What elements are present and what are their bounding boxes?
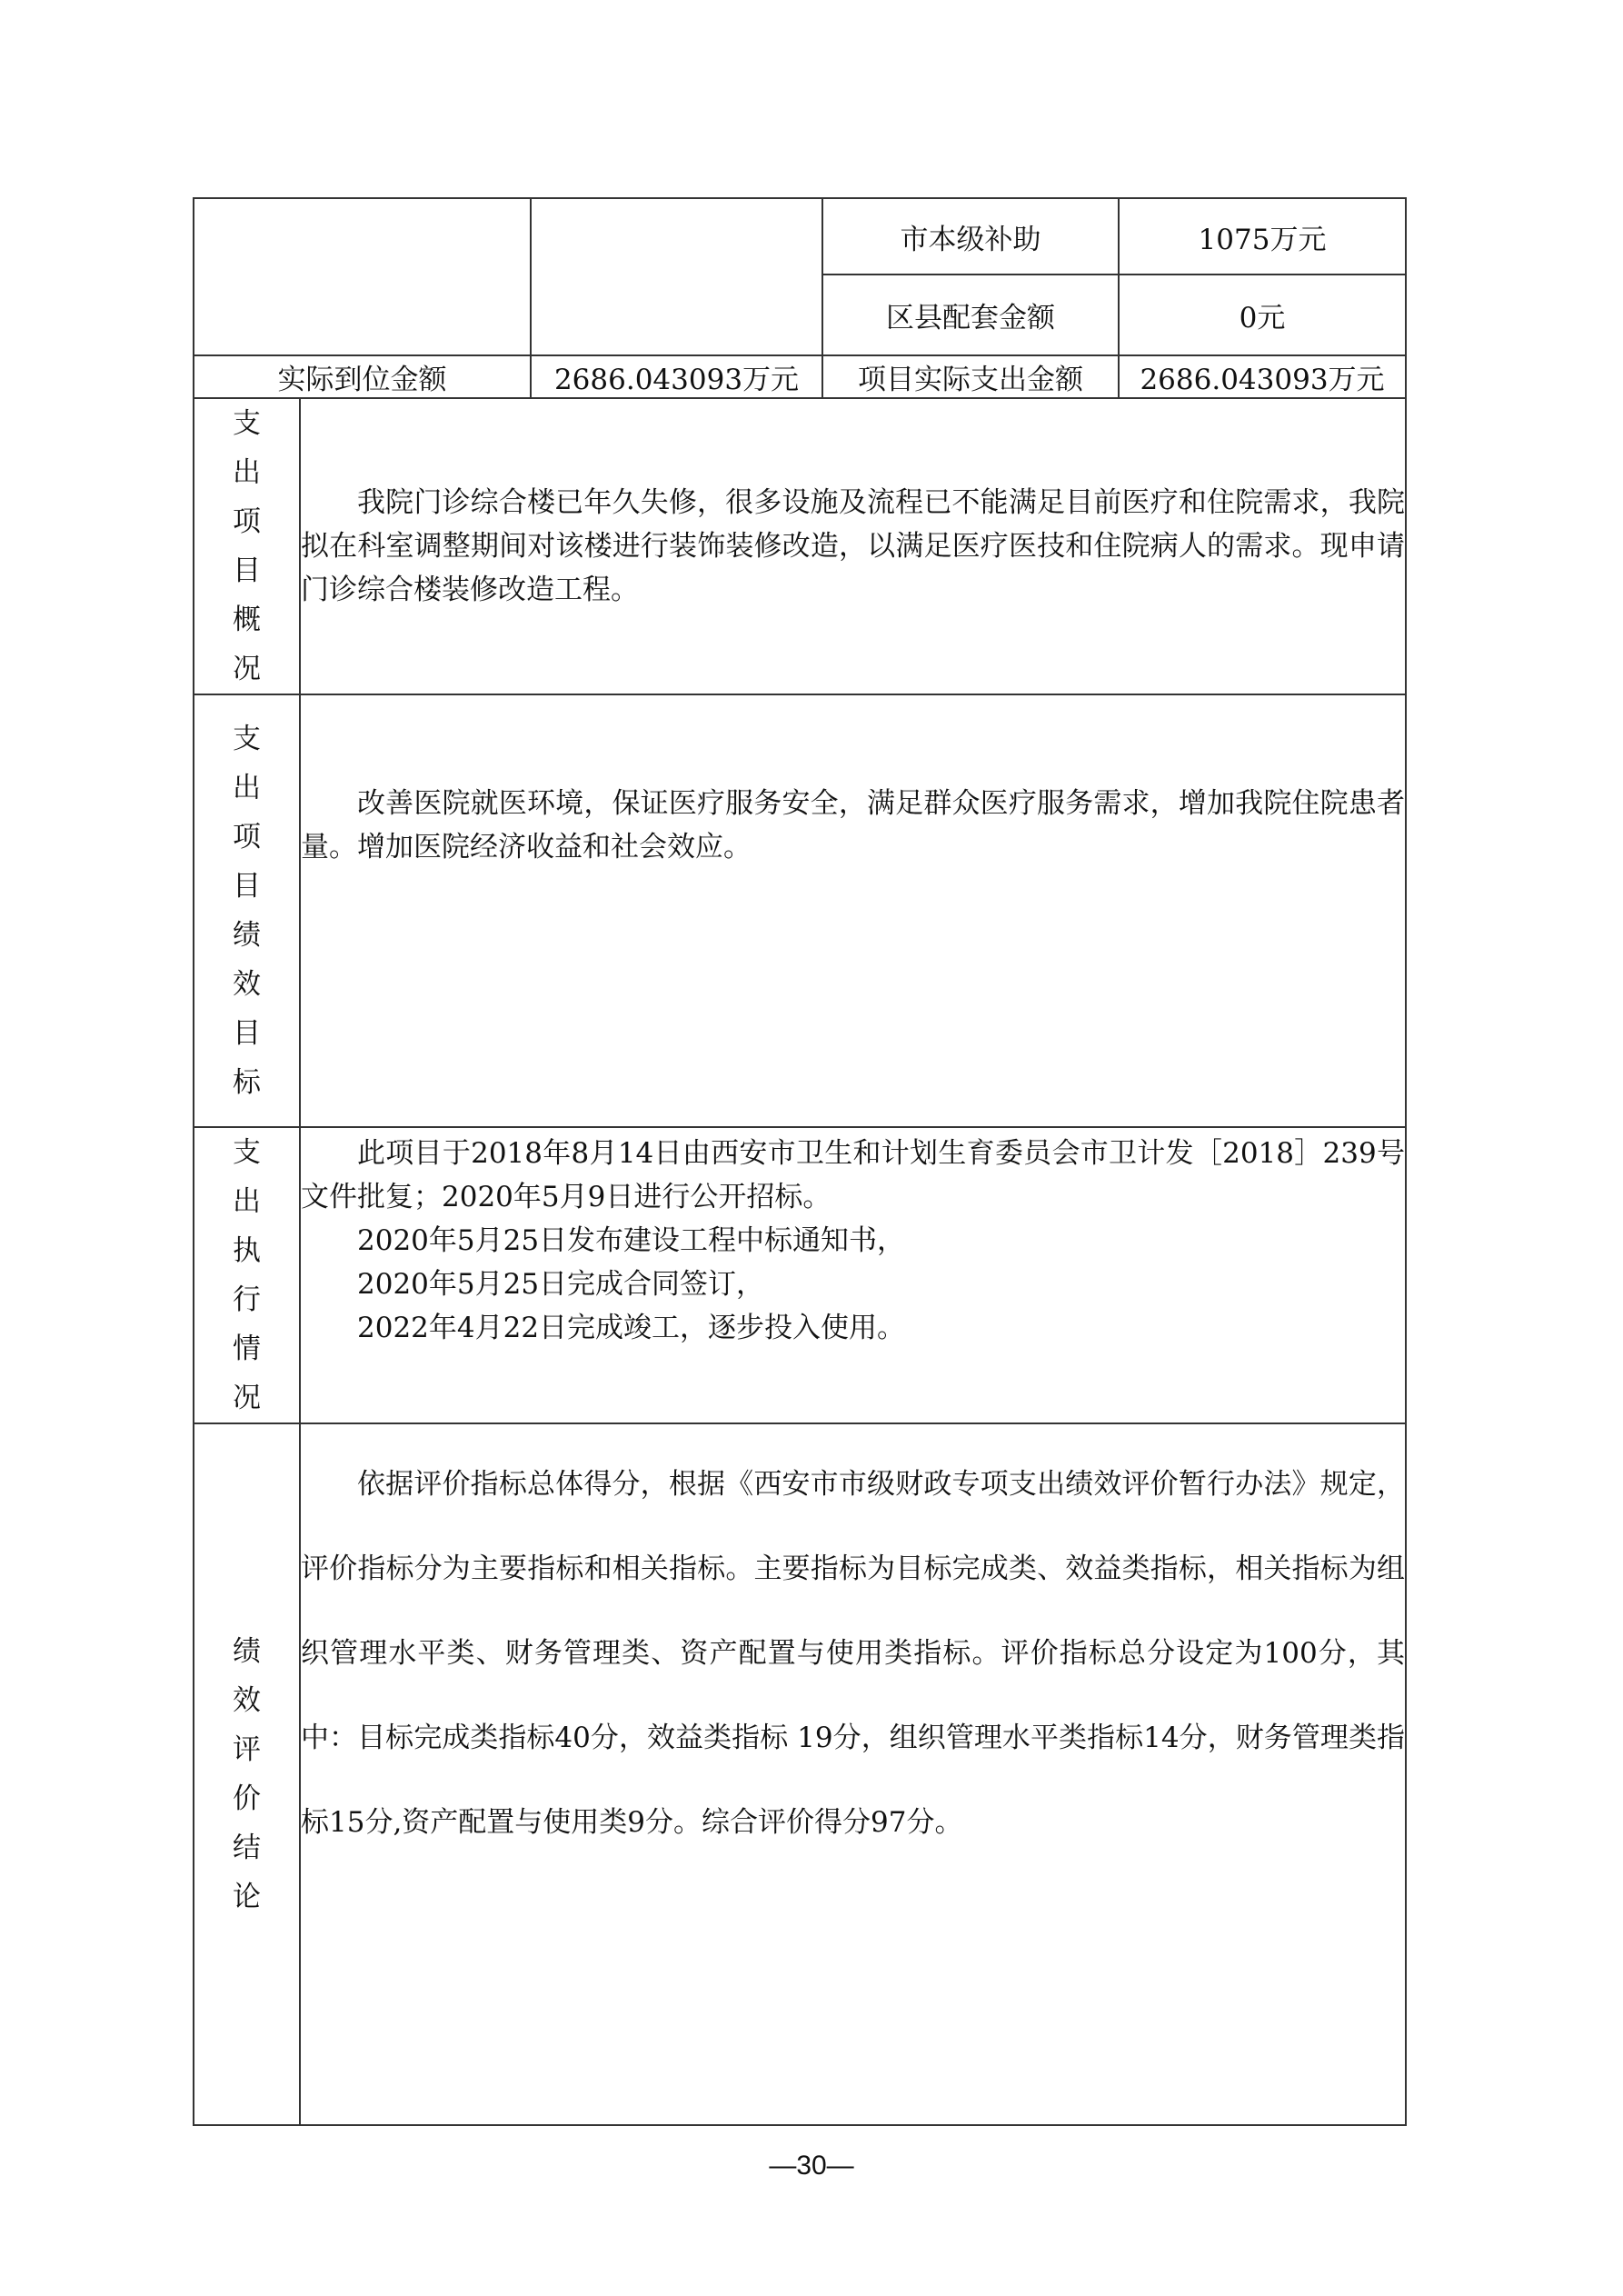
execution-line: 2020年5月25日发布建设工程中标通知书，	[301, 1219, 1405, 1263]
city-subsidy-label: 市本级补助	[822, 198, 1119, 275]
city-subsidy-value: 1075万元	[1119, 198, 1406, 275]
execution-para: 此项目于2018年8月14日由西安市卫生和计划生育委员会市卫计发［2018］23…	[301, 1132, 1405, 1219]
execution-line: 2022年4月22日完成竣工，逐步投入使用。	[301, 1306, 1405, 1350]
actual-received-label: 实际到位金额	[194, 355, 531, 398]
empty-cell	[194, 198, 531, 355]
summary-text-cell: 我院门诊综合楼已年久失修，很多设施及流程已不能满足目前医疗和住院需求，我院拟在科…	[300, 398, 1406, 694]
summary-text: 我院门诊综合楼已年久失修，很多设施及流程已不能满足目前医疗和住院需求，我院拟在科…	[301, 481, 1405, 612]
goal-text: 改善医院就医环境，保证医疗服务安全，满足群众医疗服务需求，增加我院住院患者量。增…	[301, 782, 1405, 869]
goal-label: 支出项目绩效目标	[194, 694, 300, 1127]
conclusion-text: 依据评价指标总体得分，根据《西安市市级财政专项支出绩效评价暂行办法》规定，评价指…	[301, 1442, 1405, 1865]
conclusion-text-cell: 依据评价指标总体得分，根据《西安市市级财政专项支出绩效评价暂行办法》规定，评价指…	[300, 1423, 1406, 2125]
summary-label: 支出项目概况	[194, 398, 300, 694]
execution-label: 支出执行情况	[194, 1127, 300, 1423]
execution-text-cell: 此项目于2018年8月14日由西安市卫生和计划生育委员会市卫计发［2018］23…	[300, 1127, 1406, 1423]
page-number: —30—	[0, 2151, 1623, 2181]
evaluation-table: 市本级补助 1075万元 区县配套金额 0元 实际到位金额 2686.04309…	[193, 197, 1407, 2126]
empty-cell	[531, 198, 822, 355]
actual-received-value: 2686.043093万元	[531, 355, 822, 398]
goal-text-cell: 改善医院就医环境，保证医疗服务安全，满足群众医疗服务需求，增加我院住院患者量。增…	[300, 694, 1406, 1127]
execution-line: 2020年5月25日完成合同签订，	[301, 1263, 1405, 1306]
county-match-label: 区县配套金额	[822, 275, 1119, 355]
county-match-value: 0元	[1119, 275, 1406, 355]
actual-expense-label: 项目实际支出金额	[822, 355, 1119, 398]
conclusion-label: 绩效评价结论	[194, 1423, 300, 2125]
actual-expense-value: 2686.043093万元	[1119, 355, 1406, 398]
